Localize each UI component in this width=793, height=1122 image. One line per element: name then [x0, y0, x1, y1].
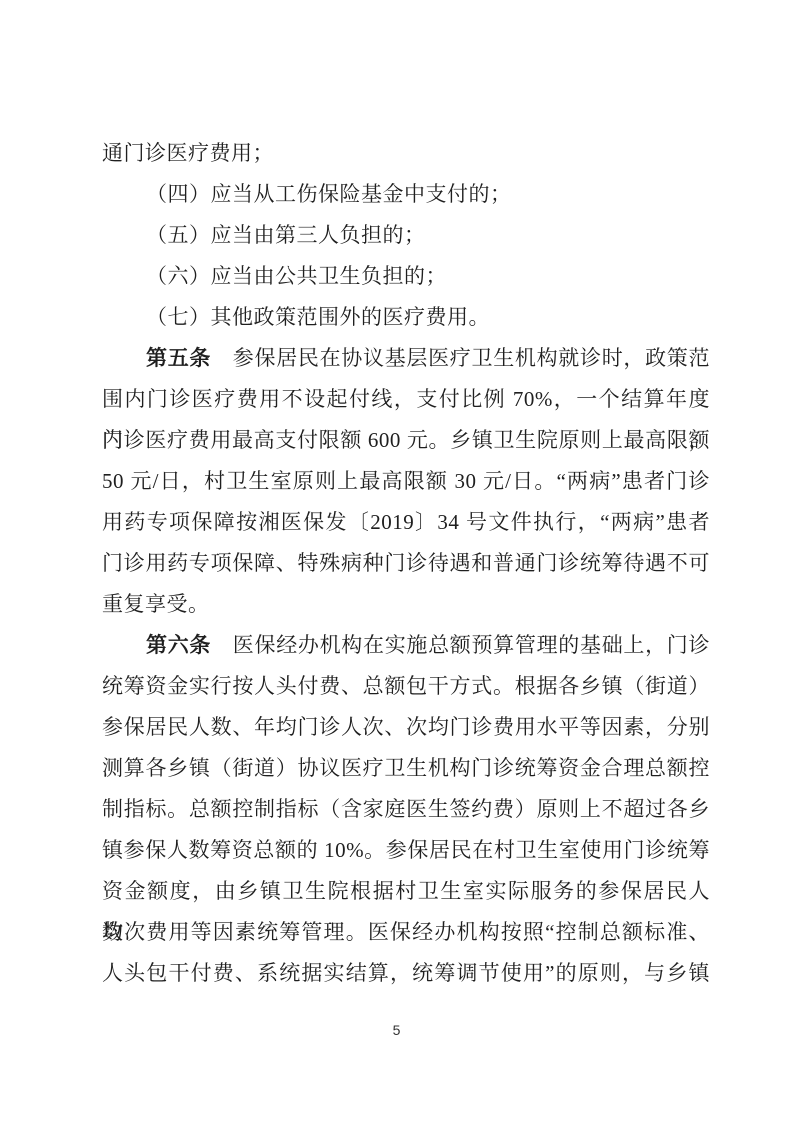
- text-segment: 用药专项保障按湘医保发〔2019〕34 号文件执行，“两病”患者: [102, 510, 710, 534]
- document-page: 通门诊医疗费用；（四）应当从工伤保险基金中支付的；（五）应当由第三人负担的；（六…: [0, 0, 793, 1122]
- text-segment: 参保居民人数、年均门诊人次、次均门诊费用水平等因素，分别: [102, 715, 710, 739]
- text-line: 用药专项保障按湘医保发〔2019〕34 号文件执行，“两病”患者: [102, 502, 710, 543]
- text-segment: 统筹资金实行按人头付费、总额包干方式。根据各乡镇（街道）: [102, 674, 710, 698]
- document-body: 通门诊医疗费用；（四）应当从工伤保险基金中支付的；（五）应当由第三人负担的；（六…: [102, 133, 710, 994]
- text-line: 测算各乡镇（街道）协议医疗卫生机构门诊统筹资金合理总额控: [102, 748, 710, 789]
- text-segment: （五）应当由第三人负担的；: [146, 223, 426, 247]
- text-segment: 均次费用等因素统筹管理。医保经办机构按照“控制总额标准、: [102, 920, 710, 944]
- text-segment: 50 元/日，村卫生室原则上最高限额 30 元/日。“两病”患者门诊: [102, 469, 710, 493]
- text-line: 资金额度，由乡镇卫生院根据村卫生室实际服务的参保居民人数、: [102, 871, 710, 912]
- text-line: 镇参保人数筹资总额的 10%。参保居民在村卫生室使用门诊统筹: [102, 830, 710, 871]
- text-line: （四）应当从工伤保险基金中支付的；: [102, 174, 710, 215]
- text-line: 重复享受。: [102, 584, 710, 625]
- text-segment: 人头包干付费、系统据实结算，统筹调节使用”的原则，与乡镇: [102, 961, 710, 985]
- text-line: （七）其他政策范围外的医疗费用。: [102, 297, 710, 338]
- text-segment: 医保经办机构在实施总额预算管理的基础上，门诊: [211, 633, 710, 657]
- text-line: 人头包干付费、系统据实结算，统筹调节使用”的原则，与乡镇: [102, 953, 710, 994]
- text-line: 50 元/日，村卫生室原则上最高限额 30 元/日。“两病”患者门诊: [102, 461, 710, 502]
- text-line: 门诊医疗费用最高支付限额 600 元。乡镇卫生院原则上最高限额: [102, 420, 710, 461]
- text-segment: 测算各乡镇（街道）协议医疗卫生机构门诊统筹资金合理总额控: [102, 756, 710, 780]
- text-line: 参保居民人数、年均门诊人次、次均门诊费用水平等因素，分别: [102, 707, 710, 748]
- text-segment: （四）应当从工伤保险基金中支付的；: [146, 182, 512, 206]
- text-line: 通门诊医疗费用；: [102, 133, 710, 174]
- text-segment: 镇参保人数筹资总额的 10%。参保居民在村卫生室使用门诊统筹: [102, 838, 710, 862]
- text-line: 第六条 医保经办机构在实施总额预算管理的基础上，门诊: [102, 625, 710, 666]
- text-segment: 门诊医疗费用最高支付限额 600 元。乡镇卫生院原则上最高限额: [102, 428, 710, 452]
- text-line: 第五条 参保居民在协议基层医疗卫生机构就诊时，政策范: [102, 338, 710, 379]
- text-segment: 重复享受。: [102, 592, 210, 616]
- page-number: 5: [0, 1018, 793, 1042]
- text-segment: （七）其他政策范围外的医疗费用。: [146, 305, 490, 329]
- text-segment: （六）应当由公共卫生负担的；: [146, 264, 447, 288]
- text-segment: 参保居民在协议基层医疗卫生机构就诊时，政策范: [211, 346, 710, 370]
- article-label: 第六条: [146, 633, 211, 657]
- text-line: （六）应当由公共卫生负担的；: [102, 256, 710, 297]
- article-label: 第五条: [146, 346, 211, 370]
- text-line: 围内门诊医疗费用不设起付线，支付比例 70%，一个结算年度内，: [102, 379, 710, 420]
- text-segment: 门诊用药专项保障、特殊病种门诊待遇和普通门诊统筹待遇不可: [102, 551, 710, 575]
- text-segment: 通门诊医疗费用；: [102, 141, 274, 165]
- text-line: （五）应当由第三人负担的；: [102, 215, 710, 256]
- text-line: 均次费用等因素统筹管理。医保经办机构按照“控制总额标准、: [102, 912, 710, 953]
- text-line: 统筹资金实行按人头付费、总额包干方式。根据各乡镇（街道）: [102, 666, 710, 707]
- text-line: 门诊用药专项保障、特殊病种门诊待遇和普通门诊统筹待遇不可: [102, 543, 710, 584]
- text-line: 制指标。总额控制指标（含家庭医生签约费）原则上不超过各乡: [102, 789, 710, 830]
- text-segment: 制指标。总额控制指标（含家庭医生签约费）原则上不超过各乡: [102, 797, 710, 821]
